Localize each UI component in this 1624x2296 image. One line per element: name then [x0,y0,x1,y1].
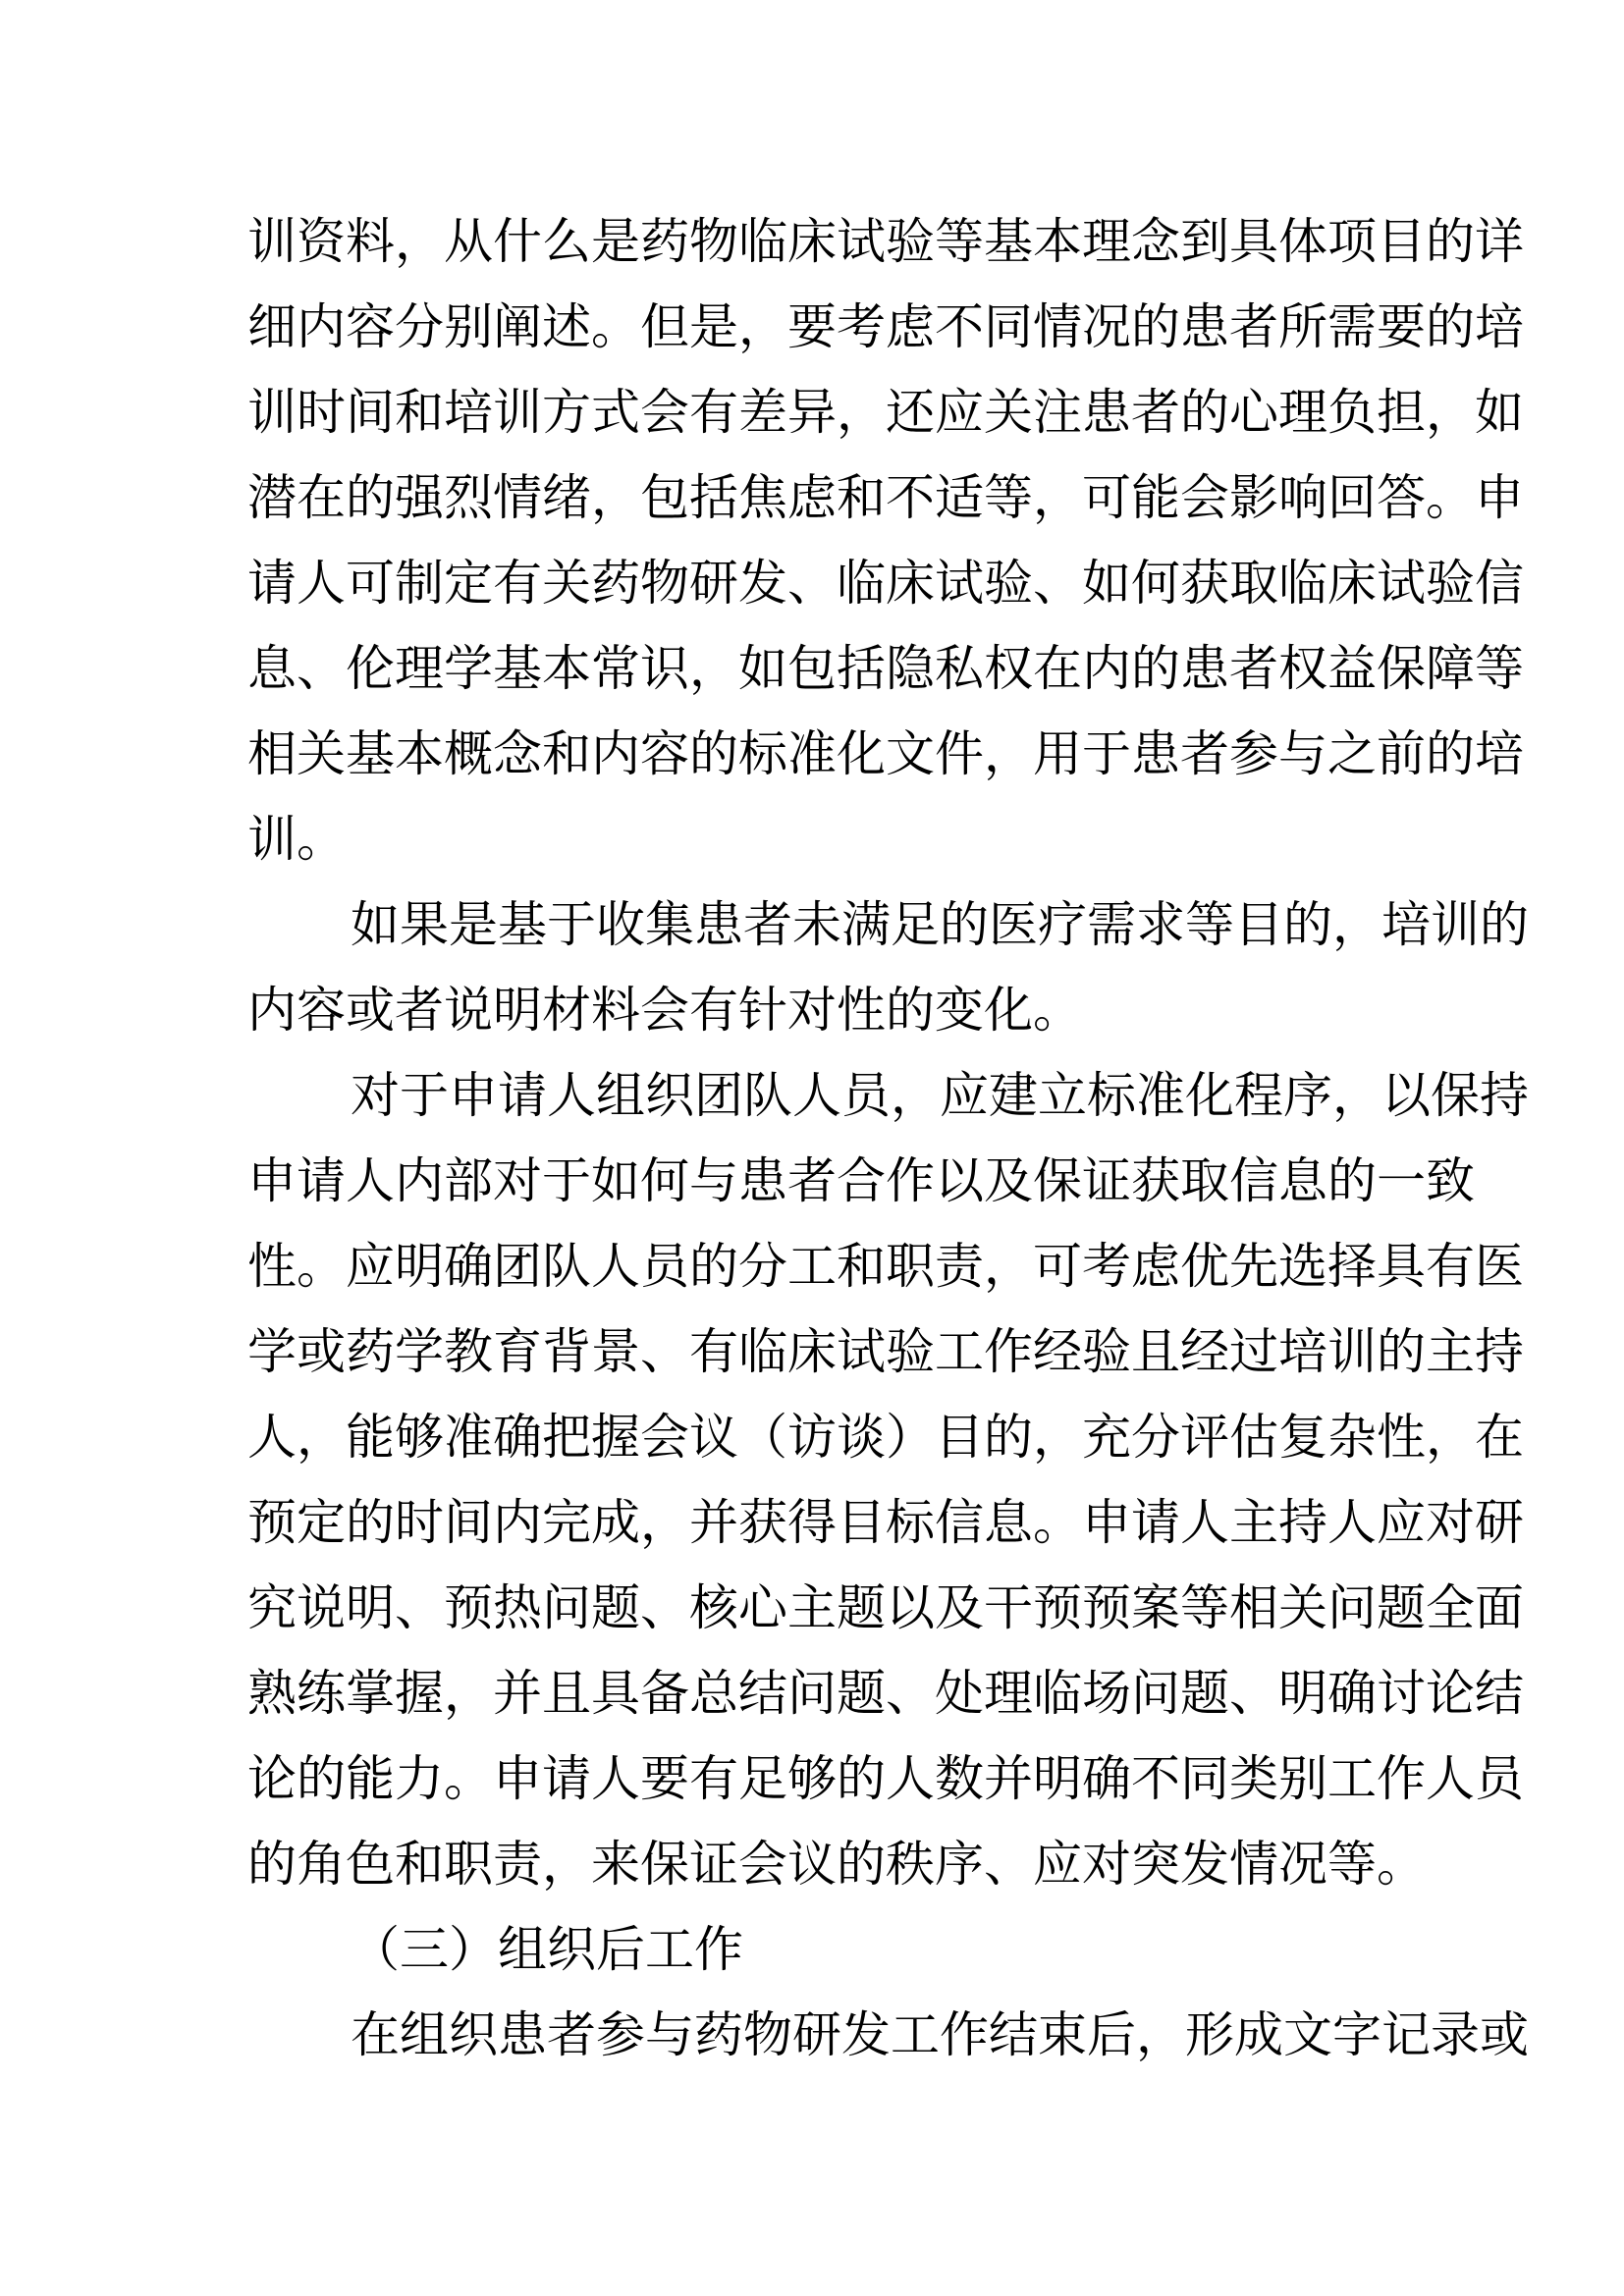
text-line-paragraph-start: 在组织患者参与药物研发工作结束后，形成文字记录或 [247,2000,1380,2085]
text-line: 究说明、预热问题、核心主题以及干预预案等相关问题全面 [247,1573,1380,1658]
document-page: 训资料，从什么是药物临床试验等基本理念到具体项目的详 细内容分别阐述。但是，要考… [0,0,1624,2296]
text-line: 训时间和培训方式会有差异，还应关注患者的心理负担，如 [247,377,1380,462]
text-line: 潜在的强烈情绪，包括焦虑和不适等，可能会影响回答。申 [247,462,1380,548]
body-text: 训资料，从什么是药物临床试验等基本理念到具体项目的详 细内容分别阐述。但是，要考… [247,206,1380,2085]
text-line-paragraph-end: 训。 [247,804,1380,889]
text-line: 性。应明确团队人员的分工和职责，可考虑优先选择具有医 [247,1231,1380,1316]
text-line: 人，能够准确把握会议（访谈）目的，充分评估复杂性，在 [247,1402,1380,1487]
text-line: 训资料，从什么是药物临床试验等基本理念到具体项目的详 [247,206,1380,292]
text-line-paragraph-start: 如果是基于收集患者未满足的医疗需求等目的，培训的 [247,889,1380,975]
section-heading: （三）组织后工作 [247,1914,1380,2000]
text-line: 申请人内部对于如何与患者合作以及保证获取信息的一致 [247,1146,1380,1231]
text-line: 论的能力。申请人要有足够的人数并明确不同类别工作人员 [247,1743,1380,1829]
text-line: 相关基本概念和内容的标准化文件，用于患者参与之前的培 [247,719,1380,804]
text-line-paragraph-end: 内容或者说明材料会有针对性的变化。 [247,975,1380,1060]
text-line: 细内容分别阐述。但是，要考虑不同情况的患者所需要的培 [247,292,1380,377]
text-line-paragraph-end: 的角色和职责，来保证会议的秩序、应对突发情况等。 [247,1829,1380,1914]
text-line: 学或药学教育背景、有临床试验工作经验且经过培训的主持 [247,1316,1380,1402]
text-line-paragraph-start: 对于申请人组织团队人员，应建立标准化程序，以保持 [247,1060,1380,1146]
text-line: 请人可制定有关药物研发、临床试验、如何获取临床试验信 [247,548,1380,633]
text-line: 熟练掌握，并且具备总结问题、处理临场问题、明确讨论结 [247,1658,1380,1743]
text-line: 息、伦理学基本常识，如包括隐私权在内的患者权益保障等 [247,633,1380,719]
text-line: 预定的时间内完成，并获得目标信息。申请人主持人应对研 [247,1487,1380,1573]
